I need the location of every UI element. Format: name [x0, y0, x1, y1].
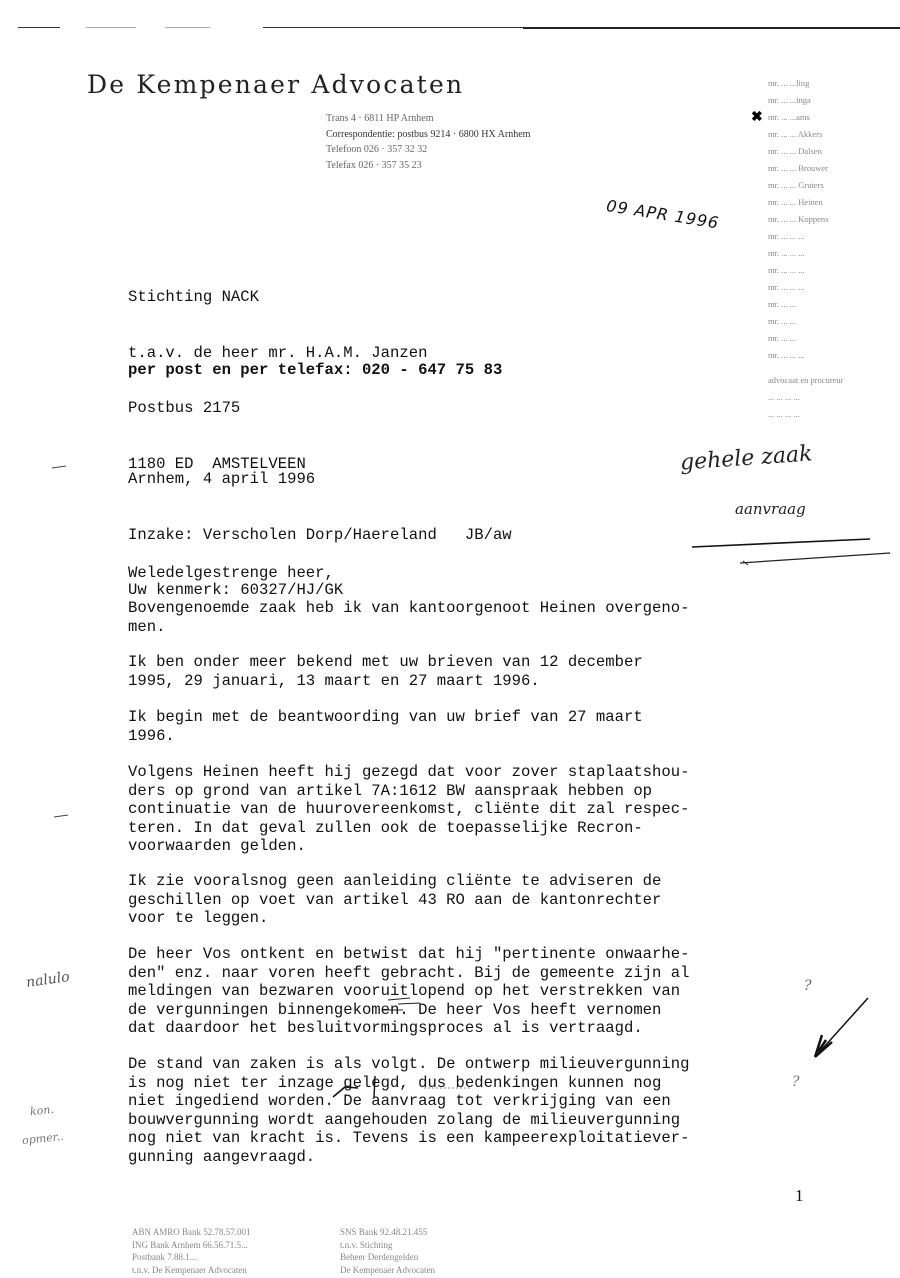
footer-line: ING Bank Arnhem 66.56.71.5... [132, 1239, 251, 1252]
footer-line: SNS Bank 92.48.21.455 [340, 1226, 435, 1239]
footer-line: Postbank 7.88.1... [132, 1251, 251, 1264]
footer-line: ABN AMRO Bank 52.78.57.001 [132, 1226, 251, 1239]
footer-bank-details-1: ABN AMRO Bank 52.78.57.001 ING Bank Arnh… [132, 1226, 251, 1276]
footer-line: Beheer Derdengelden [340, 1251, 435, 1264]
margin-note: kon. [29, 1103, 54, 1118]
handwritten-strokes [0, 0, 900, 1278]
footer-line: t.n.v. Stichting [340, 1239, 435, 1252]
question-mark-note: ? [792, 1074, 800, 1090]
footer-bank-details-2: SNS Bank 92.48.21.455 t.n.v. Stichting B… [340, 1226, 435, 1276]
question-mark-note: ? [804, 978, 812, 994]
footer-line: t.n.v. De Kempenaer Advocaten [132, 1264, 251, 1277]
footer-line: De Kempenaer Advocaten [340, 1264, 435, 1277]
page-number: 1 [795, 1186, 804, 1206]
